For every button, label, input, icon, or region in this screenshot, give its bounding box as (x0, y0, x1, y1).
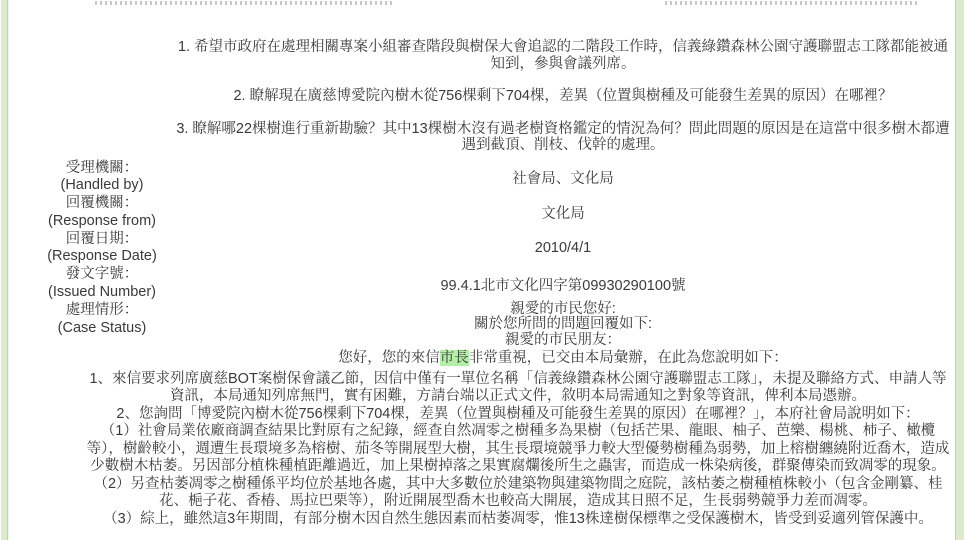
intro-text-before: 您好，您的來信 (338, 350, 440, 366)
field-label-cell: 受理機關： (Handled by) (30, 160, 174, 196)
field-value-issued-number: 99.4.1北市文化四字第09930290100號 (174, 266, 952, 302)
intro-text-after: 非常重視，已交由本局彙辦，在此為您說明如下： (469, 350, 788, 366)
field-label-en: (Handled by) (30, 177, 174, 195)
field-label-en: (Response from) (30, 213, 174, 231)
field-label-en: (Issued Number) (30, 284, 174, 302)
case-status-paragraph: 2、您詢問「博愛院內樹木從756棵剩下704棵，差異（位置與樹種及可能發生差異的… (84, 406, 952, 424)
field-label-zh: 回覆機關： (30, 195, 174, 213)
field-value-response-date: 2010/4/1 (174, 231, 952, 267)
field-label-zh: 受理機關： (30, 160, 174, 178)
field-label-cell: 回覆日期： (Response Date) (30, 231, 174, 267)
field-label-zh: 回覆日期： (30, 231, 174, 249)
case-status-intro: 您好，您的來信市長非常重視，已交由本局彙辦，在此為您說明如下： (174, 351, 952, 367)
field-label-zh: 發文字號： (30, 266, 174, 284)
field-row-issued-number: 發文字號： (Issued Number) 99.4.1北市文化四字第09930… (30, 266, 952, 302)
highlighted-search-term: 市長 (440, 350, 469, 366)
field-row-case-status: 處理情形： (Case Status) 親愛的市民您好: 關於您所問的問題回覆如… (30, 302, 952, 529)
case-status-paragraph: 1、來信要求列席廣慈BOT案樹保會議乙節，因信中僅有一單位名稱「信義綠鑽森林公園… (84, 371, 952, 406)
cutoff-text-fragment (95, 1, 395, 5)
case-status-paragraph: （2）另查枯萎凋零之樹種係平均位於基地各處，其中大多數位於建築物與建築物間之庭院… (84, 476, 952, 511)
left-page-border (0, 0, 9, 540)
petition-questions: 1. 希望市政府在處理相關專案小組審查階段與樹保大會追認的二階段工作時，信義綠鑽… (174, 6, 952, 154)
field-label-en: (Case Status) (30, 320, 174, 338)
case-status-paragraph: （1）社會局業依廠商調查結果比對原有之紀錄，經查自然凋零之樹種多為果樹（包括芒果… (84, 423, 952, 476)
field-label-cell: 回覆機關： (Response from) (30, 195, 174, 231)
field-label-cell: 發文字號： (Issued Number) (30, 266, 174, 302)
right-page-border (955, 0, 964, 540)
question-item: 2. 瞭解現在廣慈博愛院內樹木從756棵剩下704棵，差異（位置與樹種及可能發生… (174, 88, 952, 105)
field-value-handled-by: 社會局、文化局 (174, 160, 952, 196)
petition-record-document: 1. 希望市政府在處理相關專案小組審查階段與樹保大會追認的二階段工作時，信義綠鑽… (30, 0, 952, 528)
cutoff-text-row (30, 0, 952, 6)
case-status-content: 親愛的市民您好: 關於您所問的問題回覆如下: 親愛的市民朋友： 您好，您的來信市… (174, 302, 952, 529)
field-row-response-from: 回覆機關： (Response from) 文化局 (30, 195, 952, 231)
field-value-response-from: 文化局 (174, 195, 952, 231)
case-status-paragraph: （3）綜上，雖然這3年期間，有部分樹木因自然生態因素而枯萎凋零，惟13株達樹保標… (84, 511, 952, 529)
question-item: 1. 希望市政府在處理相關專案小組審查階段與樹保大會追認的二階段工作時，信義綠鑽… (174, 39, 952, 72)
cutoff-text-fragment (665, 1, 917, 5)
field-row-handled-by: 受理機關： (Handled by) 社會局、文化局 (30, 160, 952, 196)
field-row-response-date: 回覆日期： (Response Date) 2010/4/1 (30, 231, 952, 267)
petition-questions-row: 1. 希望市政府在處理相關專案小組審查階段與樹保大會追認的二階段工作時，信義綠鑽… (30, 6, 952, 154)
field-label-cell: 處理情形： (Case Status) (30, 302, 174, 338)
questions-label-cell (30, 6, 174, 154)
case-status-paragraphs: 1、來信要求列席廣慈BOT案樹保會議乙節，因信中僅有一單位名稱「信義綠鑽森林公園… (84, 371, 952, 529)
greeting-line: 親愛的市民朋友： (174, 333, 952, 349)
field-label-zh: 處理情形： (30, 302, 174, 320)
question-item: 3. 瞭解哪22棵樹進行重新勘驗？其中13棵樹木沒有過老樹資格鑑定的情況為何？問… (174, 121, 952, 154)
field-label-en: (Response Date) (30, 248, 174, 266)
greeting-line: 關於您所問的問題回覆如下: (174, 317, 952, 333)
